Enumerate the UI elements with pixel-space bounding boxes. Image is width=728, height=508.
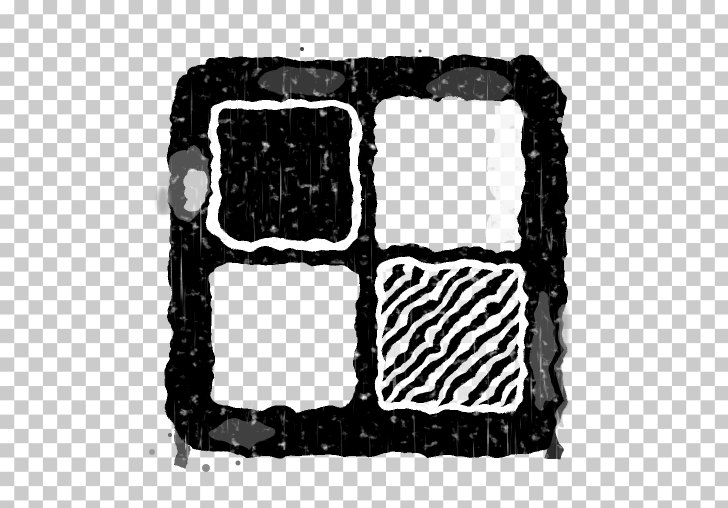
grunge-streak bbox=[172, 405, 184, 465]
white-paint-remnant bbox=[489, 103, 519, 236]
cell-bottom-right-stripes bbox=[376, 262, 519, 405]
grunge-grid-icon bbox=[0, 0, 728, 508]
transparency-checkerboard bbox=[0, 0, 728, 508]
